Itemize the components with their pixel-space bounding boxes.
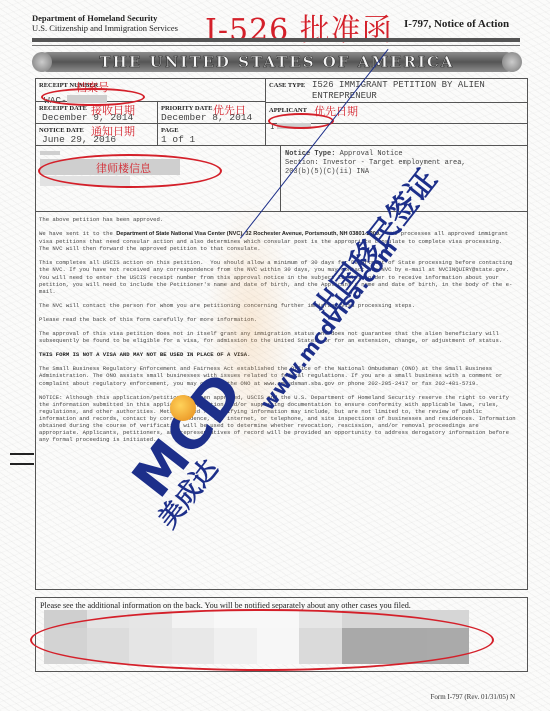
notice-date-value: June 29, 2016 (42, 134, 116, 145)
rosette-right-icon (502, 52, 522, 72)
body-paragraph: The approval of this visa petition does … (39, 330, 519, 344)
form-revision: Form I-797 (Rev. 01/31/05) N (430, 693, 515, 701)
redacted-block (40, 151, 60, 155)
annotation-title: I-526 批准函 (205, 5, 393, 49)
receipt-date-cell: Receipt Date 接收日期 December 9, 2014 (36, 102, 158, 124)
header-rule-thin (32, 45, 520, 46)
nvc-address: Department of State National Visa Center… (116, 231, 380, 237)
body-paragraph-nvc: We have sent it to the Department of Sta… (39, 230, 519, 252)
fold-mark (10, 453, 34, 455)
notice-type-value: Approval Notice (340, 150, 403, 158)
notice-section-2: 203(b)(5)(C)(ii) INA (285, 168, 466, 177)
notice-date-cell: Notice Date 通知日期 June 29, 2016 (36, 124, 158, 146)
notice-section: Section: Investor - Target employment ar… (285, 159, 466, 168)
priority-date-cell: Priority Date 优先日 December 8, 2014 (158, 102, 266, 124)
page-value: 1 of 1 (161, 134, 195, 145)
body-paragraph: The above petition has been approved. (39, 216, 519, 223)
page-label: Page (161, 127, 179, 134)
annotation-oval (30, 609, 494, 671)
body-paragraph: Please read the back of this form carefu… (39, 316, 519, 323)
additional-info-box: Please see the additional information on… (35, 597, 528, 672)
blank-cell (266, 124, 527, 146)
notice-type-cell: Notice Type: Approval Notice Section: In… (281, 146, 527, 212)
body-paragraph: The NVC will contact the person for whom… (39, 302, 519, 309)
notice-date-label: Notice Date (39, 127, 84, 134)
agency-header: Department of Homeland Security U.S. Cit… (32, 13, 178, 33)
applicant-cell: Applicant 优先日期 I (266, 102, 527, 124)
annotation-oval (38, 154, 222, 188)
notice-type-label: Notice Type: (285, 150, 335, 158)
case-type-cell: Case Type I526 IMMIGRANT PETITION BY ALI… (266, 79, 527, 102)
rosette-left-icon (32, 52, 52, 72)
page-cell: Page 1 of 1 (158, 124, 266, 146)
notice-type-block: Notice Type: Approval Notice Section: In… (285, 150, 466, 177)
body-paragraph: This completes all USCIS action on this … (39, 259, 519, 294)
notice-body: The above petition has been approved. We… (39, 216, 519, 450)
header-rule (32, 38, 520, 42)
agency-line-2: U.S. Citizenship and Immigration Service… (32, 23, 178, 33)
body-paragraph: NOTICE: Although this application/petiti… (39, 394, 519, 444)
priority-date-label: Priority Date (161, 105, 212, 112)
case-type-value: I526 IMMIGRANT PETITION BY ALIEN ENTREPR… (312, 80, 512, 102)
form-title: I-797, Notice of Action (404, 18, 509, 30)
agency-line-1: Department of Homeland Security (32, 13, 178, 23)
case-type-label: Case Type (269, 82, 305, 89)
body-paragraph-warning: THIS FORM IS NOT A VISA AND MAY NOT BE U… (39, 351, 519, 358)
priority-date-value: December 8, 2014 (161, 112, 252, 123)
receipt-date-value: December 9, 2014 (42, 112, 133, 123)
receipt-number-cell: Receipt Number 档案号 WAC- (36, 79, 266, 102)
usa-banner: THE UNITED STATES OF AMERICA (38, 52, 516, 72)
fold-mark (10, 463, 34, 465)
banner-text: THE UNITED STATES OF AMERICA (100, 53, 455, 71)
receipt-date-label: Receipt Date (39, 105, 87, 112)
notice-form: Receipt Number 档案号 WAC- Case Type I526 I… (35, 78, 528, 590)
body-paragraph: The Small Business Regulatory Enforcemen… (39, 365, 519, 386)
body-text-span: We have sent it to the (39, 230, 116, 237)
attorney-cell: 律师楼信息 (36, 146, 281, 212)
